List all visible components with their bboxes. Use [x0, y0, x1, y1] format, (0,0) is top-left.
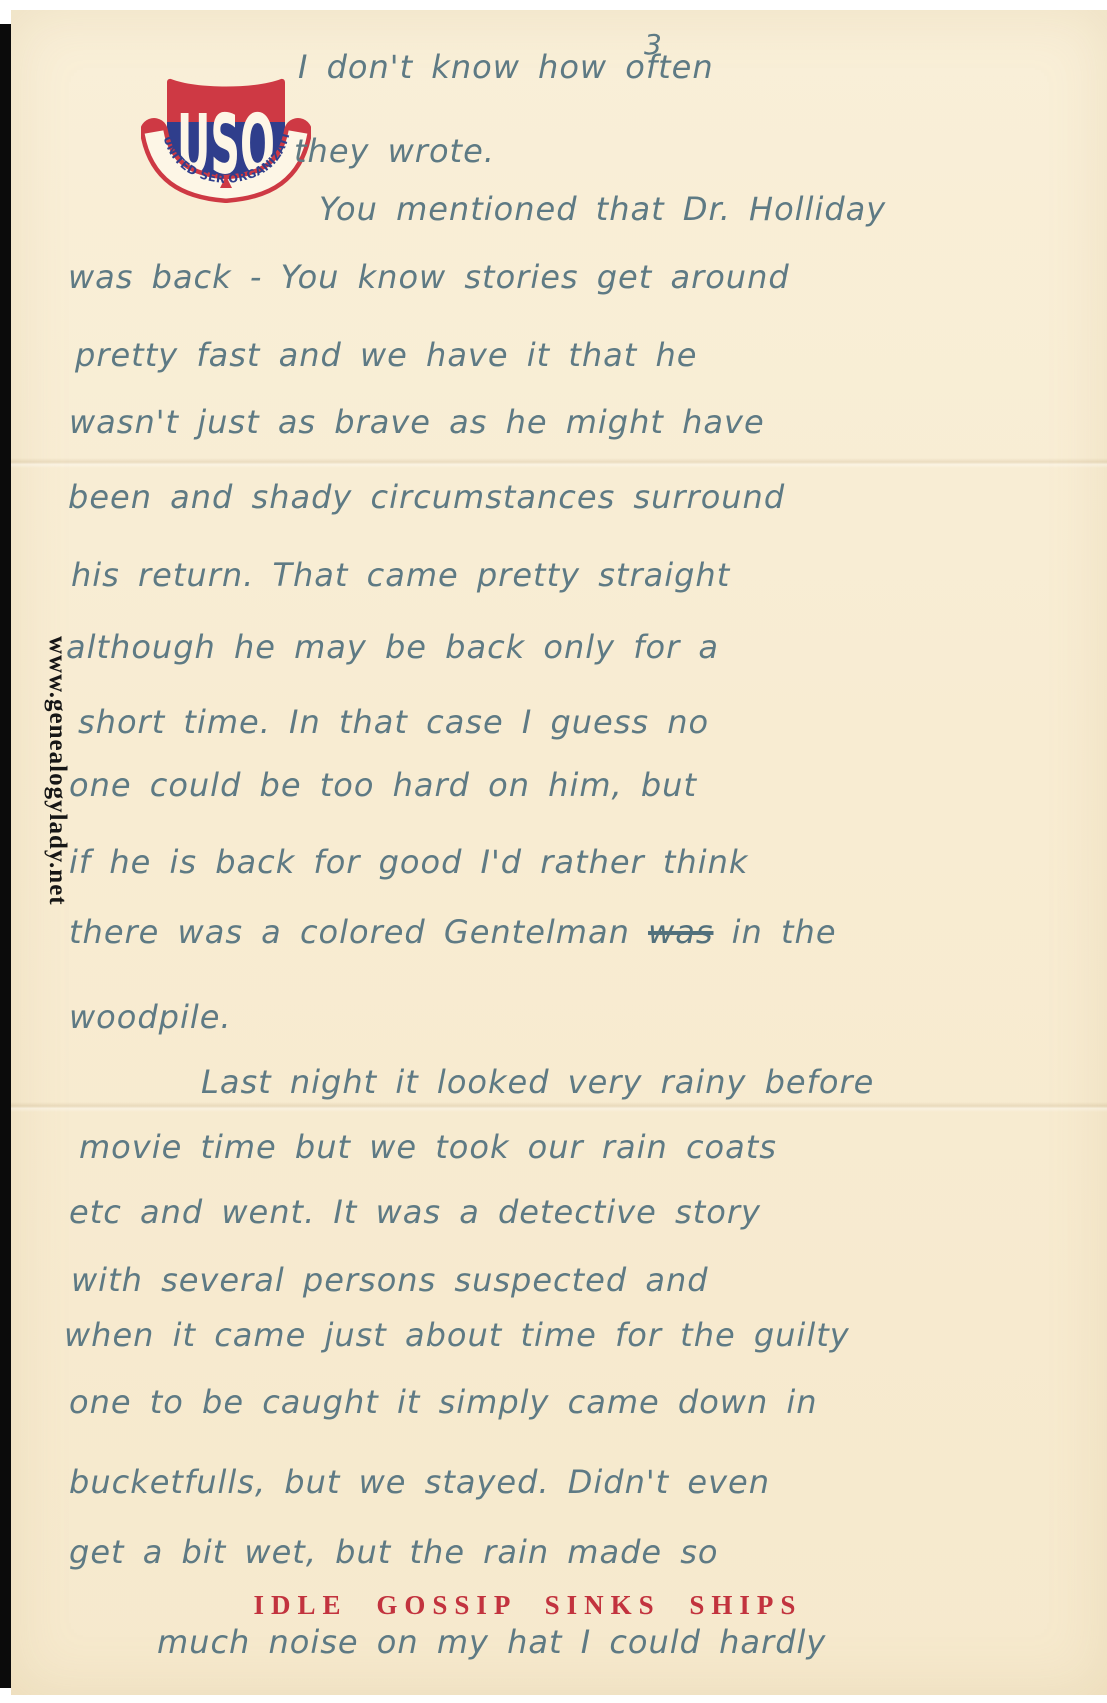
letter-line: one could be too hard on him, but: [69, 766, 697, 804]
letter-line: wasn't just as brave as he might have: [69, 403, 765, 441]
letter-line: his return. That came pretty straight: [71, 556, 730, 594]
letter-line: woodpile.: [69, 998, 232, 1036]
letter-line: movie time but we took our rain coats: [79, 1128, 777, 1166]
line-text: there was a colored Gentelman: [69, 913, 648, 951]
letterhead-slogan: IDLE GOSSIP SINKS SHIPS: [239, 1590, 817, 1621]
line-text: in the: [713, 913, 836, 951]
letter-line: You mentioned that Dr. Holliday: [319, 190, 886, 228]
letter-line: much noise on my hat I could hardly: [157, 1623, 826, 1661]
letter-line: been and shady circumstances surround: [68, 478, 785, 516]
watermark: www.genealogylady.net: [43, 636, 71, 906]
letter-paper: USO UNITED SERVICE ORGANIZATIONS 3 I don…: [11, 10, 1107, 1695]
letter-line: etc and went. It was a detective story: [69, 1193, 761, 1231]
fold-crease: [11, 1102, 1107, 1112]
letter-line: get a bit wet, but the rain made so: [69, 1533, 718, 1571]
letter-line: one to be caught it simply came down in: [69, 1383, 818, 1421]
scan-edge: [0, 24, 11, 1688]
letter-line: bucketfulls, but we stayed. Didn't even: [69, 1463, 770, 1501]
struck-word: was: [648, 913, 713, 951]
letter-line: I don't know how often: [298, 48, 714, 86]
fold-crease: [11, 458, 1107, 468]
letter-line: short time. In that case I guess no: [78, 703, 709, 741]
letter-line: there was a colored Gentelman was in the: [69, 913, 837, 951]
uso-logo: USO UNITED SERVICE ORGANIZATIONS: [141, 76, 311, 208]
letter-line: although he may be back only for a: [66, 628, 719, 666]
letter-line: if he is back for good I'd rather think: [69, 843, 748, 881]
letter-line: when it came just about time for the gui…: [64, 1316, 850, 1354]
letter-line: with several persons suspected and: [71, 1261, 709, 1299]
letter-line: pretty fast and we have it that he: [75, 336, 697, 374]
letter-line: was back - You know stories get around: [68, 258, 790, 296]
letter-line: Last night it looked very rainy before: [201, 1063, 874, 1101]
letter-line: they wrote.: [294, 132, 495, 170]
